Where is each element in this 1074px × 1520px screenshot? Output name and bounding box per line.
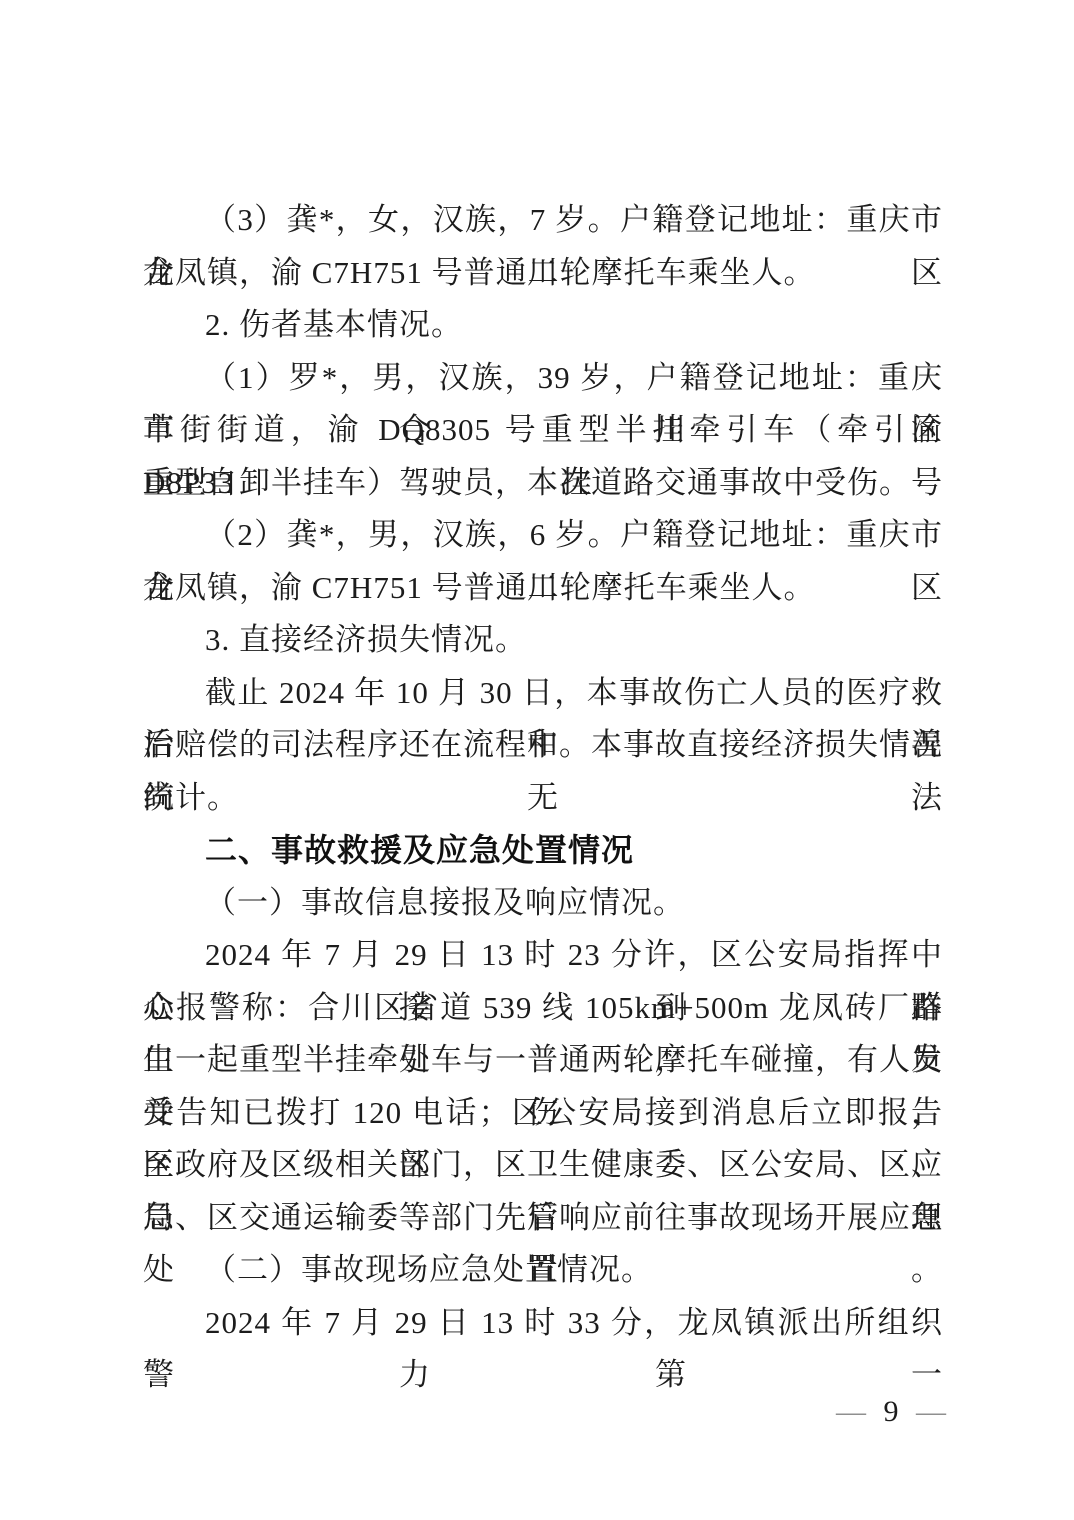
document-body: （3）龚*，女，汉族，7 岁。户籍登记地址：重庆市合川区龙凤镇，渝 C7H751… <box>143 194 943 1349</box>
text-line: 重型自卸半挂车）驾驶员，本次道路交通事故中受伤。 <box>143 457 943 510</box>
text-line: （一）事故信息接报及响应情况。 <box>143 877 943 930</box>
text-line: 截止 2024 年 10 月 30 日，本事故伤亡人员的医疗救治和善 <box>143 667 943 720</box>
page-number-dash-left: — <box>836 1395 866 1428</box>
page-number-footer: — 9 — <box>836 1392 946 1432</box>
text-line: 草街街道，渝 DQ8305 号重型半挂牵引车（牵引渝 D8P33 挂号 <box>143 404 943 457</box>
text-line: 区政府及区级相关部门，区卫生健康委、区公安局、区应急管理 <box>143 1139 943 1192</box>
text-line: 后赔偿的司法程序还在流程中。本事故直接经济损失情况尚无法 <box>143 719 943 772</box>
page-number-dash-right: — <box>916 1395 946 1428</box>
page-number: 9 <box>884 1395 899 1428</box>
text-line: 2024 年 7 月 29 日 13 时 33 分，龙凤镇派出所组织警力第一 <box>143 1297 943 1350</box>
text-line: 众报警称：合川区省道 539 线 105km+500m 龙凤砖厂路口处，发 <box>143 982 943 1035</box>
text-line: （3）龚*，女，汉族，7 岁。户籍登记地址：重庆市合川区 <box>143 194 943 247</box>
text-line: （1）罗*，男，汉族，39 岁，户籍登记地址：重庆市合川区 <box>143 352 943 405</box>
text-line: 2. 伤者基本情况。 <box>143 299 943 352</box>
text-line: 2024 年 7 月 29 日 13 时 23 分许，区公安局指挥中心接到群 <box>143 929 943 982</box>
text-line: 生一起重型半挂牵引车与一普通两轮摩托车碰撞，有人员受伤， <box>143 1034 943 1087</box>
text-line: 二、事故救援及应急处置情况 <box>143 824 943 877</box>
text-line: 并告知已拨打 120 电话；区公安局接到消息后立即报告至区委、 <box>143 1087 943 1140</box>
text-line: （2）龚*，男，汉族，6 岁。户籍登记地址：重庆市合川区 <box>143 509 943 562</box>
text-line: 3. 直接经济损失情况。 <box>143 614 943 667</box>
text-line: 局、区交通运输委等部门先后响应前往事故现场开展应急处置。 <box>143 1192 943 1245</box>
report-page: { "content": { "lines": [ { "text": "（3）… <box>0 0 1074 1520</box>
